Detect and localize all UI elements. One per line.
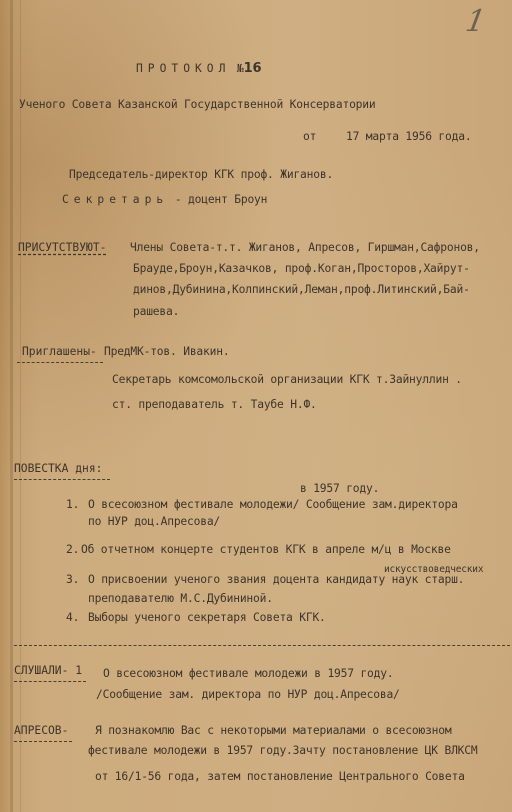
protocol-number: 16: [244, 61, 262, 76]
chair-line: Председатель-директор КГК проф. Жиганов.: [69, 168, 333, 182]
invited-line: Секретарь комсомольской организации КГК …: [112, 373, 462, 387]
agenda-insert: в 1957 году.: [300, 482, 379, 496]
agenda-item-text: О всесоюзном фестивале молодежи/ Сообщен…: [88, 498, 458, 512]
protocol-heading: ПРОТОКОЛ №16: [136, 62, 261, 76]
speaker-line: Я познакомлю Вас с некоторыми материалам…: [95, 724, 451, 738]
agenda-underline: [14, 479, 110, 480]
handwritten-page-number: 1: [463, 4, 488, 39]
present-line: рашева.: [133, 305, 179, 319]
agenda-item-number: 3.: [66, 573, 79, 587]
heard-line: О всесоюзном фестивале молодежи в 1957 г…: [103, 667, 393, 681]
speaker-line: фестивале молодежи в 1957 году.Зачту пос…: [88, 744, 477, 758]
agenda-item-number: 2.: [66, 543, 79, 557]
protocol-title: ПРОТОКОЛ: [136, 62, 230, 75]
invited-line: ст. преподаватель т. Таубе Н.Ф.: [112, 398, 317, 412]
agenda-item-text: преподавателю М.С.Дубининой.: [88, 592, 273, 606]
invited-first: ПредМК-тов. Ивакин.: [104, 345, 229, 359]
present-line: Брауде,Броун,Казачков, проф.Коган,Просто…: [133, 262, 470, 276]
present-line: динов,Дубинина,Колпинский,Леман,проф.Лит…: [133, 283, 470, 297]
date-prefix: от: [303, 130, 316, 144]
invited-label: Приглашены-: [22, 345, 97, 359]
secretary-value: - доцент Броун: [175, 193, 267, 206]
heard-label-text: СЛУШАЛИ-: [14, 664, 68, 677]
secretary-line: Секретарь - доцент Броун: [62, 193, 267, 207]
speaker-label: АПРЕСОВ-: [14, 724, 68, 738]
invited-underline: [17, 362, 103, 363]
paper-fold-line: [20, 0, 21, 812]
agenda-label: ПОВЕСТКА дня:: [14, 462, 102, 476]
speaker-underline: [14, 741, 72, 742]
heard-underline: [14, 681, 86, 682]
heard-line: /Сообщение зам. директора по НУР доц.Апр…: [96, 688, 400, 702]
present-label: ПРИСУТСТВУЮТ-: [18, 241, 106, 255]
agenda-item-text: Об отчетном концерте студентов КГК в апр…: [81, 543, 451, 557]
section-separator: [14, 645, 510, 646]
paper-fold: [10, 0, 13, 812]
agenda-item-number: 1.: [66, 498, 79, 512]
heard-label: СЛУШАЛИ- 1: [14, 664, 82, 678]
agenda-item-text: по НУР доц.Апресова/: [88, 515, 220, 529]
present-line: Члены Совета-т.т. Жиганов, Апресов, Гирш…: [130, 241, 480, 255]
number-sign: №: [237, 62, 244, 75]
meeting-date: 17 марта 1956 года.: [346, 130, 471, 144]
secretary-label: Секретарь: [62, 193, 168, 206]
heard-item-number: 1: [75, 664, 82, 677]
agenda-item-text: О присвоении ученого звания доцента канд…: [88, 573, 464, 587]
speaker-line: от 16/1-56 года, затем постановление Цен…: [95, 770, 465, 784]
agenda-item-text: Выборы ученого секретаря Совета КГК.: [88, 611, 326, 625]
agenda-item-number: 4.: [66, 611, 79, 625]
council-subtitle: Ученого Совета Казанской Государственной…: [19, 98, 375, 112]
